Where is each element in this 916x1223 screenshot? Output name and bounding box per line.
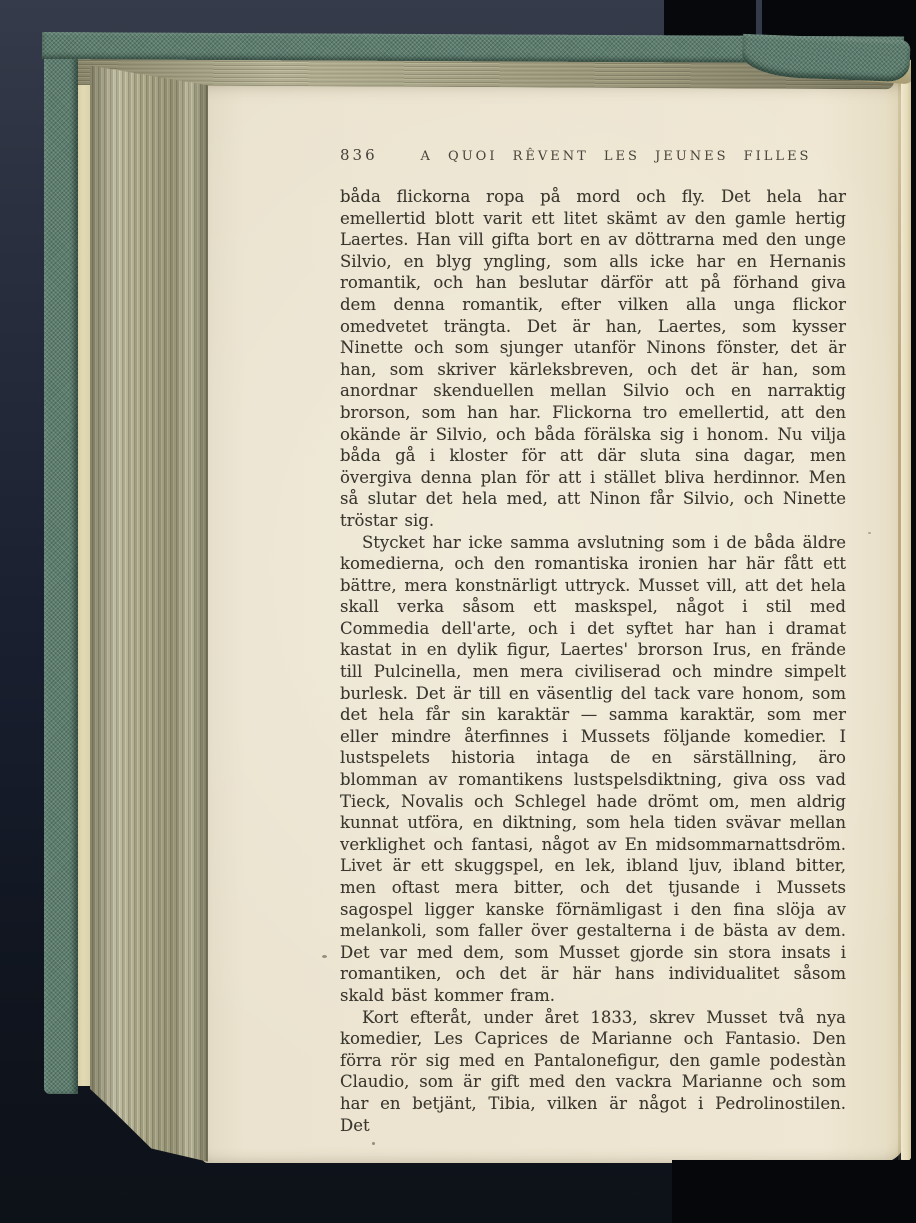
page-number: 836 — [340, 146, 386, 164]
body-text: båda flickorna ropa på mord och fly. Det… — [340, 186, 846, 1136]
page-edges-left — [90, 60, 208, 1164]
paragraph: båda flickorna ropa på mord och fly. Det… — [340, 186, 846, 532]
running-header: A QUOI RÊVENT LES JEUNES FILLES — [386, 149, 846, 164]
paper-speck — [322, 955, 327, 958]
background-black-patch — [664, 0, 756, 36]
paragraph: Kort efteråt, under året 1833, skrev Mus… — [340, 1007, 846, 1137]
background-black-patch — [672, 1160, 916, 1223]
paragraph: Stycket har icke samma avslutning som i … — [340, 532, 846, 1007]
book-scan-photo: 836 A QUOI RÊVENT LES JEUNES FILLES båda… — [0, 0, 916, 1223]
paper-speck — [868, 532, 871, 534]
paper-speck — [372, 1142, 375, 1145]
book-cover-left-edge — [44, 38, 78, 1094]
page-text-column: 836 A QUOI RÊVENT LES JEUNES FILLES båda… — [340, 146, 846, 1136]
page-header: 836 A QUOI RÊVENT LES JEUNES FILLES — [340, 146, 846, 166]
photo-right-edge — [911, 0, 916, 1223]
